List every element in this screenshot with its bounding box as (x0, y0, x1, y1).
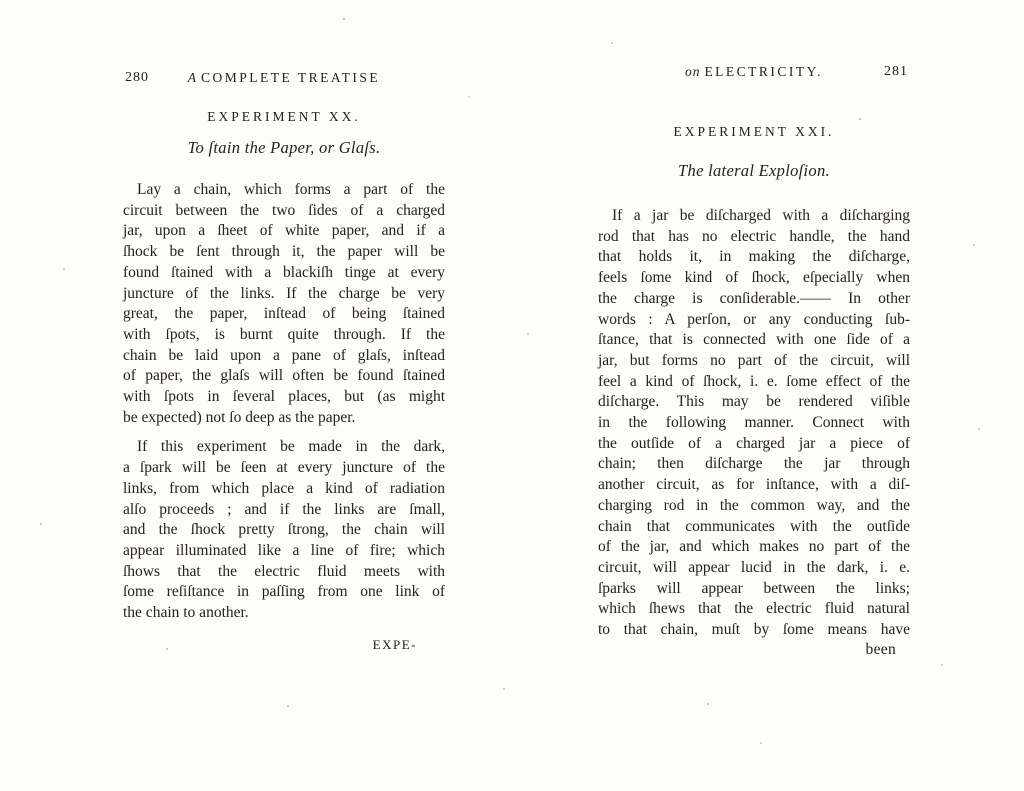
text-line: words : A perſon, or any conducting ſub- (598, 310, 910, 331)
right-experiment-subheading: The lateral Exploſion. (598, 161, 910, 181)
left-experiment-heading: EXPERIMENT XX. (123, 109, 445, 125)
text-line: links, from which place a kind of radiat… (123, 479, 445, 500)
text-line: found ſtained with a blackiſh tinge at e… (123, 263, 445, 284)
text-line: juncture of the links. If the charge be … (123, 284, 445, 305)
text-line: chain that communicates with the outſide (598, 517, 910, 538)
text-line: great, the paper, inſtead of being ſtain… (123, 304, 445, 325)
text-line: ſparks will appear between the links; (598, 579, 910, 600)
left-running-title: COMPLETE TREATISE (201, 70, 380, 85)
right-running-title: ELECTRICITY. (704, 64, 823, 79)
text-line: diſcharge. This may be rendered viſible (598, 392, 910, 413)
left-page: 280 ACOMPLETE TREATISE EXPERIMENT XX. To… (123, 70, 445, 653)
text-line: ſome reſiſtance in paſſing from one link… (123, 582, 445, 603)
text-line: to that chain, muſt by ſome means have (598, 620, 910, 641)
text-line: feels ſome kind of ſhock, eſpecially whe… (598, 268, 910, 289)
text-line: jar, but forms no part of the circuit, w… (598, 351, 910, 372)
text-line: with ſpots, is burnt quite through. If t… (123, 325, 445, 346)
right-page: onELECTRICITY. 281 EXPERIMENT XXI. The l… (598, 64, 910, 659)
left-running-head: 280 ACOMPLETE TREATISE (123, 70, 445, 88)
right-experiment-heading: EXPERIMENT XXI. (598, 124, 910, 140)
text-line: another circuit, as for inſtance, with a… (598, 475, 910, 496)
text-line: If a jar be diſcharged with a diſchargin… (598, 206, 910, 227)
text-line: appear illuminated like a line of fire; … (123, 541, 445, 562)
text-line: alſo proceeds ; and if the links are ſma… (123, 500, 445, 521)
left-catchword: EXPE- (123, 637, 445, 653)
text-line: jar, upon a ſheet of white paper, and if… (123, 221, 445, 242)
right-page-number: 281 (884, 64, 908, 80)
text-line: the outſide of a charged jar a piece of (598, 434, 910, 455)
left-paragraph-2: If this experiment be made in the dark,a… (123, 437, 445, 623)
text-line: be expected) not ſo deep as the paper. (123, 408, 445, 429)
text-line: chain; then diſcharge the jar through (598, 454, 910, 475)
text-line: rod that has no electric handle, the han… (598, 227, 910, 248)
scan-specks (0, 0, 2, 2)
left-running-title-article: A (188, 70, 197, 85)
text-line: ſhows that the electric fluid meets with (123, 562, 445, 583)
text-line: a ſpark will be ſeen at every juncture o… (123, 458, 445, 479)
text-line: ſhock be ſent through it, the paper will… (123, 242, 445, 263)
text-line: and the ſhock pretty ſtrong, the chain w… (123, 520, 445, 541)
left-page-number: 280 (125, 70, 149, 86)
right-catchword: been (598, 641, 910, 659)
text-line: circuit between the two ſides of a charg… (123, 201, 445, 222)
text-line: the charge is conſiderable.—— In other (598, 289, 910, 310)
text-line: in the following manner. Connect with (598, 413, 910, 434)
right-running-head: onELECTRICITY. 281 (598, 64, 910, 82)
text-line: Lay a chain, which forms a part of the (123, 180, 445, 201)
right-paragraph-1: If a jar be diſcharged with a diſchargin… (598, 206, 910, 641)
text-line: If this experiment be made in the dark, (123, 437, 445, 458)
book-scan: 280 ACOMPLETE TREATISE EXPERIMENT XX. To… (0, 0, 1024, 791)
text-line: with ſpots in ſeveral places, but (as mi… (123, 387, 445, 408)
text-line: charging rod in the common way, and the (598, 496, 910, 517)
right-running-title-article: on (685, 64, 701, 79)
text-line: ſtance, that is connected with one ſide … (598, 330, 910, 351)
text-line: that holds it, in making the diſcharge, (598, 247, 910, 268)
text-line: circuit, will appear lucid in the dark, … (598, 558, 910, 579)
text-line: which ſhews that the electric fluid natu… (598, 599, 910, 620)
text-line: of paper, the glaſs will often be found … (123, 366, 445, 387)
text-line: chain be laid upon a pane of glaſs, inſt… (123, 346, 445, 367)
text-line: the chain to another. (123, 603, 445, 624)
text-line: feel a kind of ſhock, i. e. ſome effect … (598, 372, 910, 393)
left-experiment-subheading: To ſtain the Paper, or Glaſs. (123, 138, 445, 158)
left-paragraph-1: Lay a chain, which forms a part of theci… (123, 180, 445, 428)
text-line: of the jar, and which makes no part of t… (598, 537, 910, 558)
